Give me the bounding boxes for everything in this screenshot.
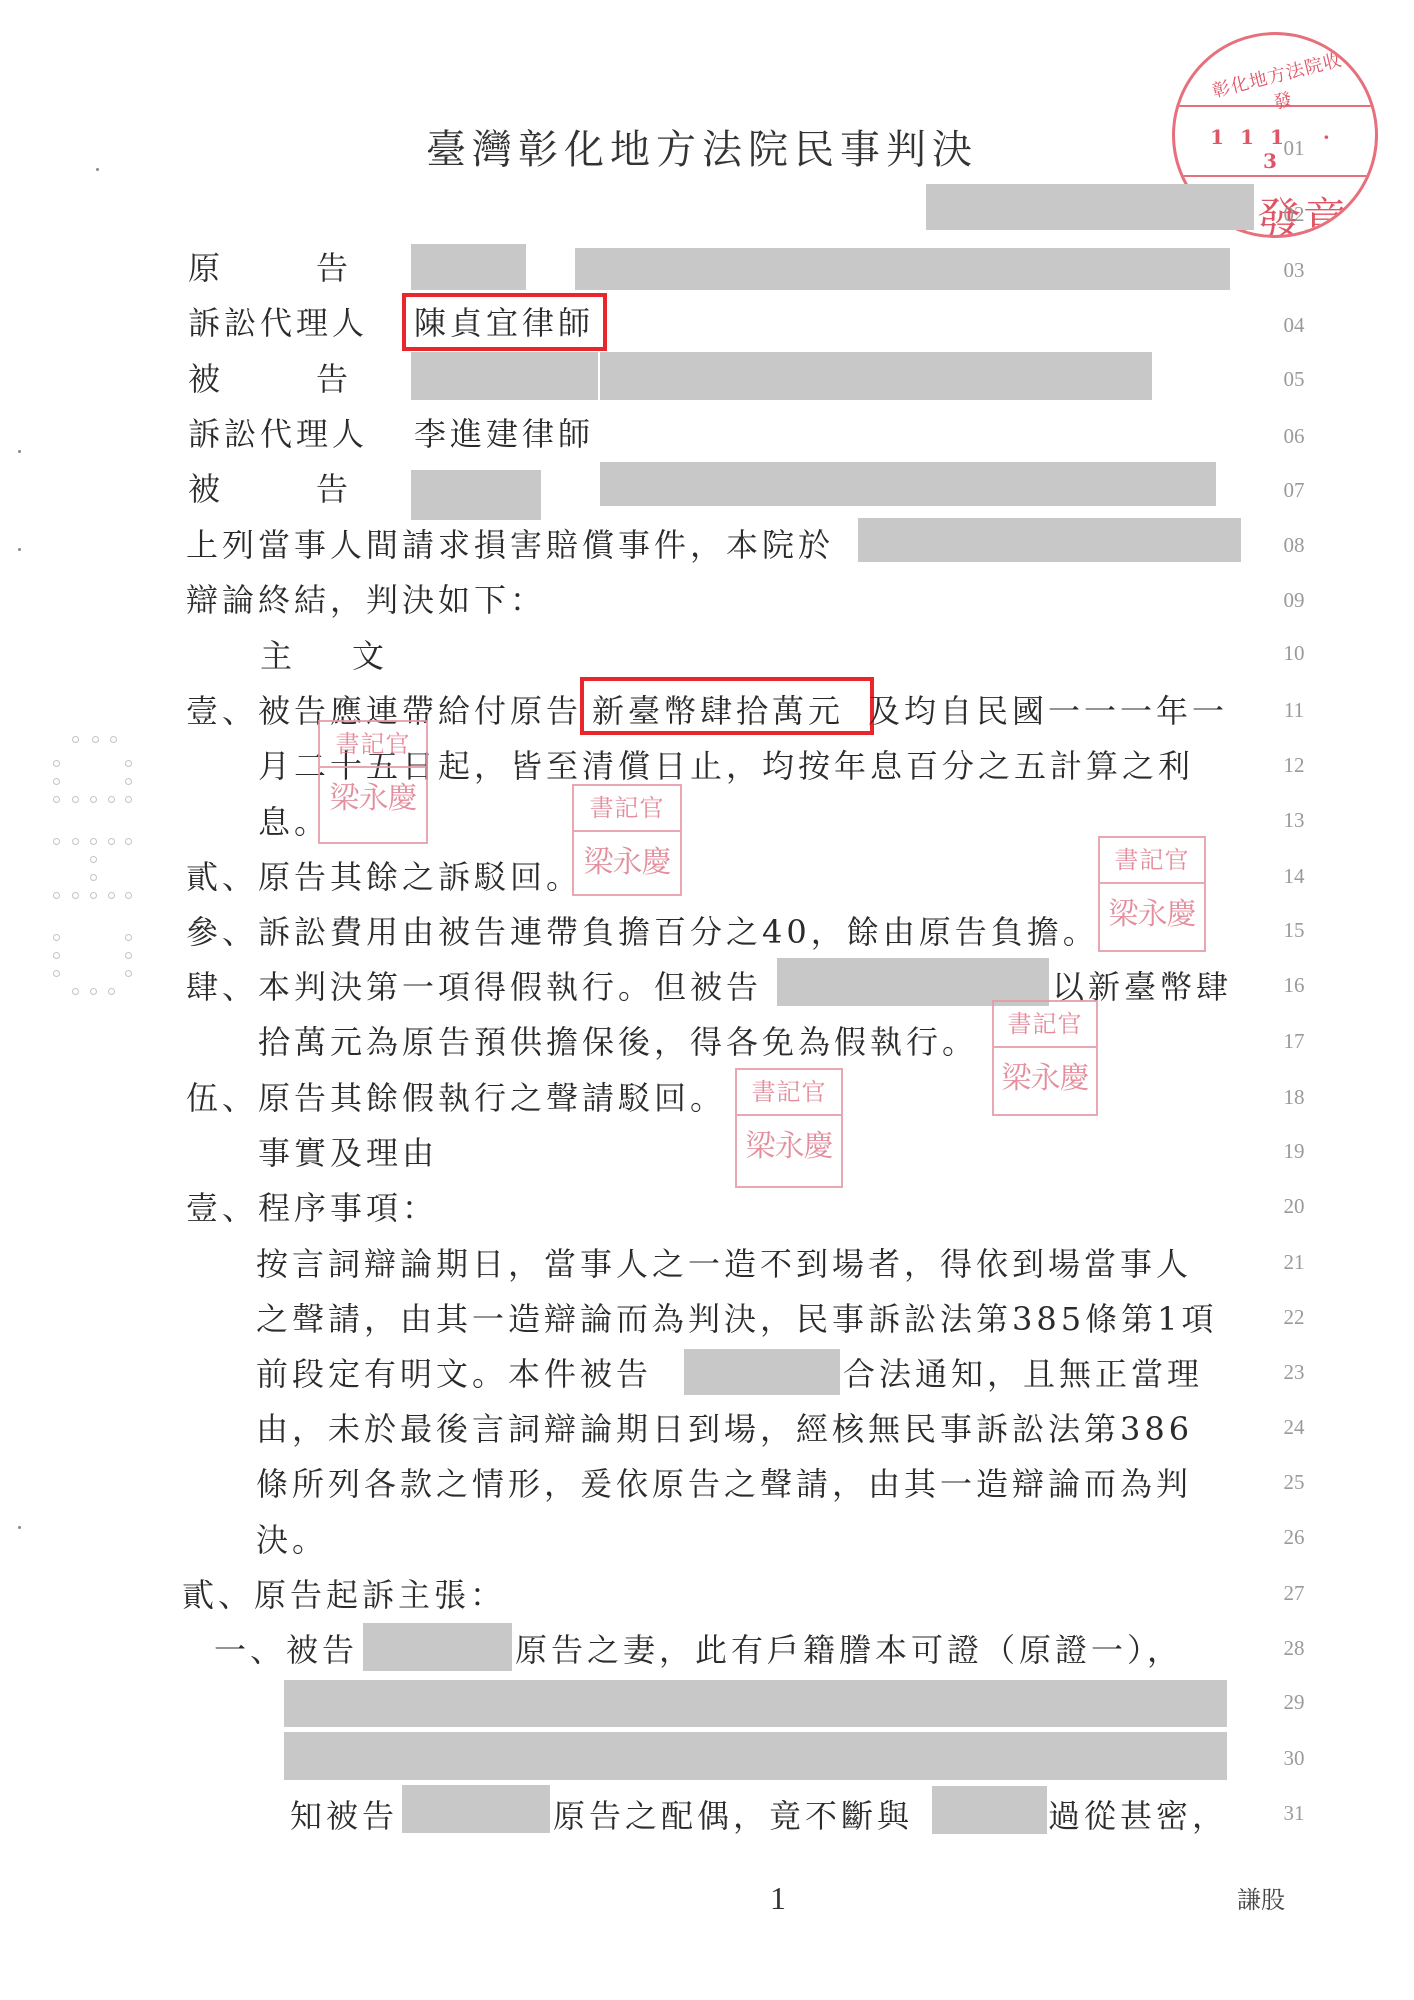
main-item-5: 伍、原告其餘假執行之聲請駁回。: [186, 1078, 726, 1118]
division-mark: 謙股: [1237, 1880, 1285, 1915]
main-item-3: 參、訴訟費用由被告連帶負擔百分之40，餘由原告負擔。: [186, 912, 1099, 952]
line-number: 10: [1270, 641, 1318, 666]
section-2-line-31-prefix: 知被告: [290, 1796, 398, 1836]
line-number: 17: [1270, 1029, 1318, 1054]
section-1-line: 條所列各款之情形，爰依原告之聲請，由其一造辯論而為判: [256, 1464, 1192, 1504]
page-number: 1: [770, 1880, 786, 1917]
party-role: 原 告: [188, 248, 348, 288]
line-number: 27: [1270, 1581, 1318, 1606]
redacted-defendant2-name: [411, 470, 541, 520]
clerk-seal: 書記官 梁永慶: [318, 720, 428, 844]
line-number: 25: [1270, 1470, 1318, 1495]
line-number: 14: [1270, 864, 1318, 889]
intro-line-2: 辯論終結，判決如下：: [186, 580, 546, 620]
receipt-stamp-arc: 彰化地方法院收發: [1201, 44, 1359, 131]
section-2-item-1-suffix: 原告之妻，此有戶籍謄本可證（原證一），: [515, 1630, 1183, 1670]
section-1-line: 決。: [256, 1520, 328, 1560]
line-number: 09: [1270, 588, 1318, 613]
redacted-third-party-name: [932, 1786, 1047, 1834]
section-1-line: 由，未於最後言詞辯論期日到場，經核無民事訴訟法第386: [256, 1409, 1193, 1449]
line-number: 28: [1270, 1636, 1318, 1661]
defendant-attorney-name: 李進建律師: [414, 414, 594, 454]
line-number: 11: [1270, 698, 1318, 723]
section-1-line: 按言詞辯論期日，當事人之一造不到場者，得依到場當事人: [256, 1244, 1192, 1284]
section-1-line: 合法通知，且無正當理: [843, 1354, 1203, 1394]
line-number: 23: [1270, 1360, 1318, 1385]
party-role: 訴訟代理人: [188, 414, 368, 454]
line-number: 24: [1270, 1415, 1318, 1440]
main-text-heading: 主 文: [260, 636, 398, 676]
line-number: 03: [1270, 258, 1318, 283]
redacted-defendant2-address: [600, 462, 1216, 506]
main-item-1-suffix: 及均自民國一一一年一: [868, 691, 1228, 731]
line-number: 31: [1270, 1801, 1318, 1826]
clerk-seal: 書記官 梁永慶: [992, 1000, 1098, 1116]
redacted-defendant-name: [411, 352, 598, 400]
section-1-title: 壹、程序事項：: [186, 1188, 438, 1228]
line-number: 02: [1270, 202, 1318, 227]
line-number: 21: [1270, 1250, 1318, 1275]
redacted-plaintiff-name: [411, 244, 526, 290]
plaintiff-attorney-name: 陳貞宜律師: [414, 303, 594, 343]
scan-speck: [96, 168, 99, 171]
line-number: 13: [1270, 808, 1318, 833]
line-number: 20: [1270, 1194, 1318, 1219]
line-number: 06: [1270, 424, 1318, 449]
redacted-date: [858, 518, 1241, 562]
party-role: 訴訟代理人: [188, 303, 368, 343]
line-number: 05: [1270, 367, 1318, 392]
line-number: 30: [1270, 1746, 1318, 1771]
clerk-seal: 書記官 梁永慶: [735, 1068, 843, 1188]
line-number: 15: [1270, 918, 1318, 943]
line-number: 07: [1270, 478, 1318, 503]
scan-speck: [18, 1526, 21, 1529]
section-2-line-31-suffix: 過從甚密，: [1048, 1796, 1228, 1836]
redacted-plaintiff-address: [575, 248, 1230, 290]
main-item-2: 貳、原告其餘之訴駁回。: [186, 857, 582, 897]
party-role: 被 告: [188, 359, 348, 399]
intro-line-1: 上列當事人間請求損害賠償事件，本院於: [186, 525, 834, 565]
section-2-line-31-middle: 原告之配偶，竟不斷與: [553, 1796, 913, 1836]
clerk-seal: 書記官 梁永慶: [1098, 836, 1206, 952]
line-number: 18: [1270, 1085, 1318, 1110]
section-1-line: 前段定有明文。本件被告: [256, 1354, 652, 1394]
main-item-4-line2: 拾萬元為原告預供擔保後，得各免為假執行。: [258, 1022, 978, 1062]
redacted-defendant-name-3: [684, 1349, 840, 1395]
section-2-title: 貳、原告起訴主張：: [182, 1575, 506, 1615]
redacted-line-30: [284, 1732, 1227, 1780]
line-number: 22: [1270, 1305, 1318, 1330]
line-number: 19: [1270, 1139, 1318, 1164]
party-role: 被 告: [188, 469, 348, 509]
redacted-line-29: [284, 1680, 1227, 1727]
line-number: 04: [1270, 313, 1318, 338]
section-2-item-1-prefix: 一、被告: [214, 1630, 358, 1670]
section-1-line: 之聲請，由其一造辯論而為判決，民事訴訟法第385條第1項: [256, 1299, 1217, 1339]
line-number: 08: [1270, 533, 1318, 558]
line-number: 16: [1270, 973, 1318, 998]
scan-speck: [18, 450, 21, 453]
line-number: 26: [1270, 1525, 1318, 1550]
redacted-case-number: [926, 184, 1254, 230]
redacted-defendant-name-5: [402, 1785, 550, 1833]
clerk-seal: 書記官 梁永慶: [572, 784, 682, 896]
redacted-defendant-name-2: [777, 958, 1049, 1006]
scan-speck: [18, 548, 21, 551]
awarded-amount: 新臺幣肆拾萬元: [592, 691, 844, 731]
line-number: 29: [1270, 1690, 1318, 1715]
redacted-defendant-name-4: [363, 1623, 512, 1671]
line-number: 01: [1270, 136, 1318, 161]
facts-heading: 事實及理由: [258, 1133, 438, 1173]
line-number: 12: [1270, 753, 1318, 778]
main-item-4-prefix: 肆、本判決第一項得假執行。但被告: [186, 967, 762, 1007]
redacted-defendant-address: [600, 352, 1152, 400]
